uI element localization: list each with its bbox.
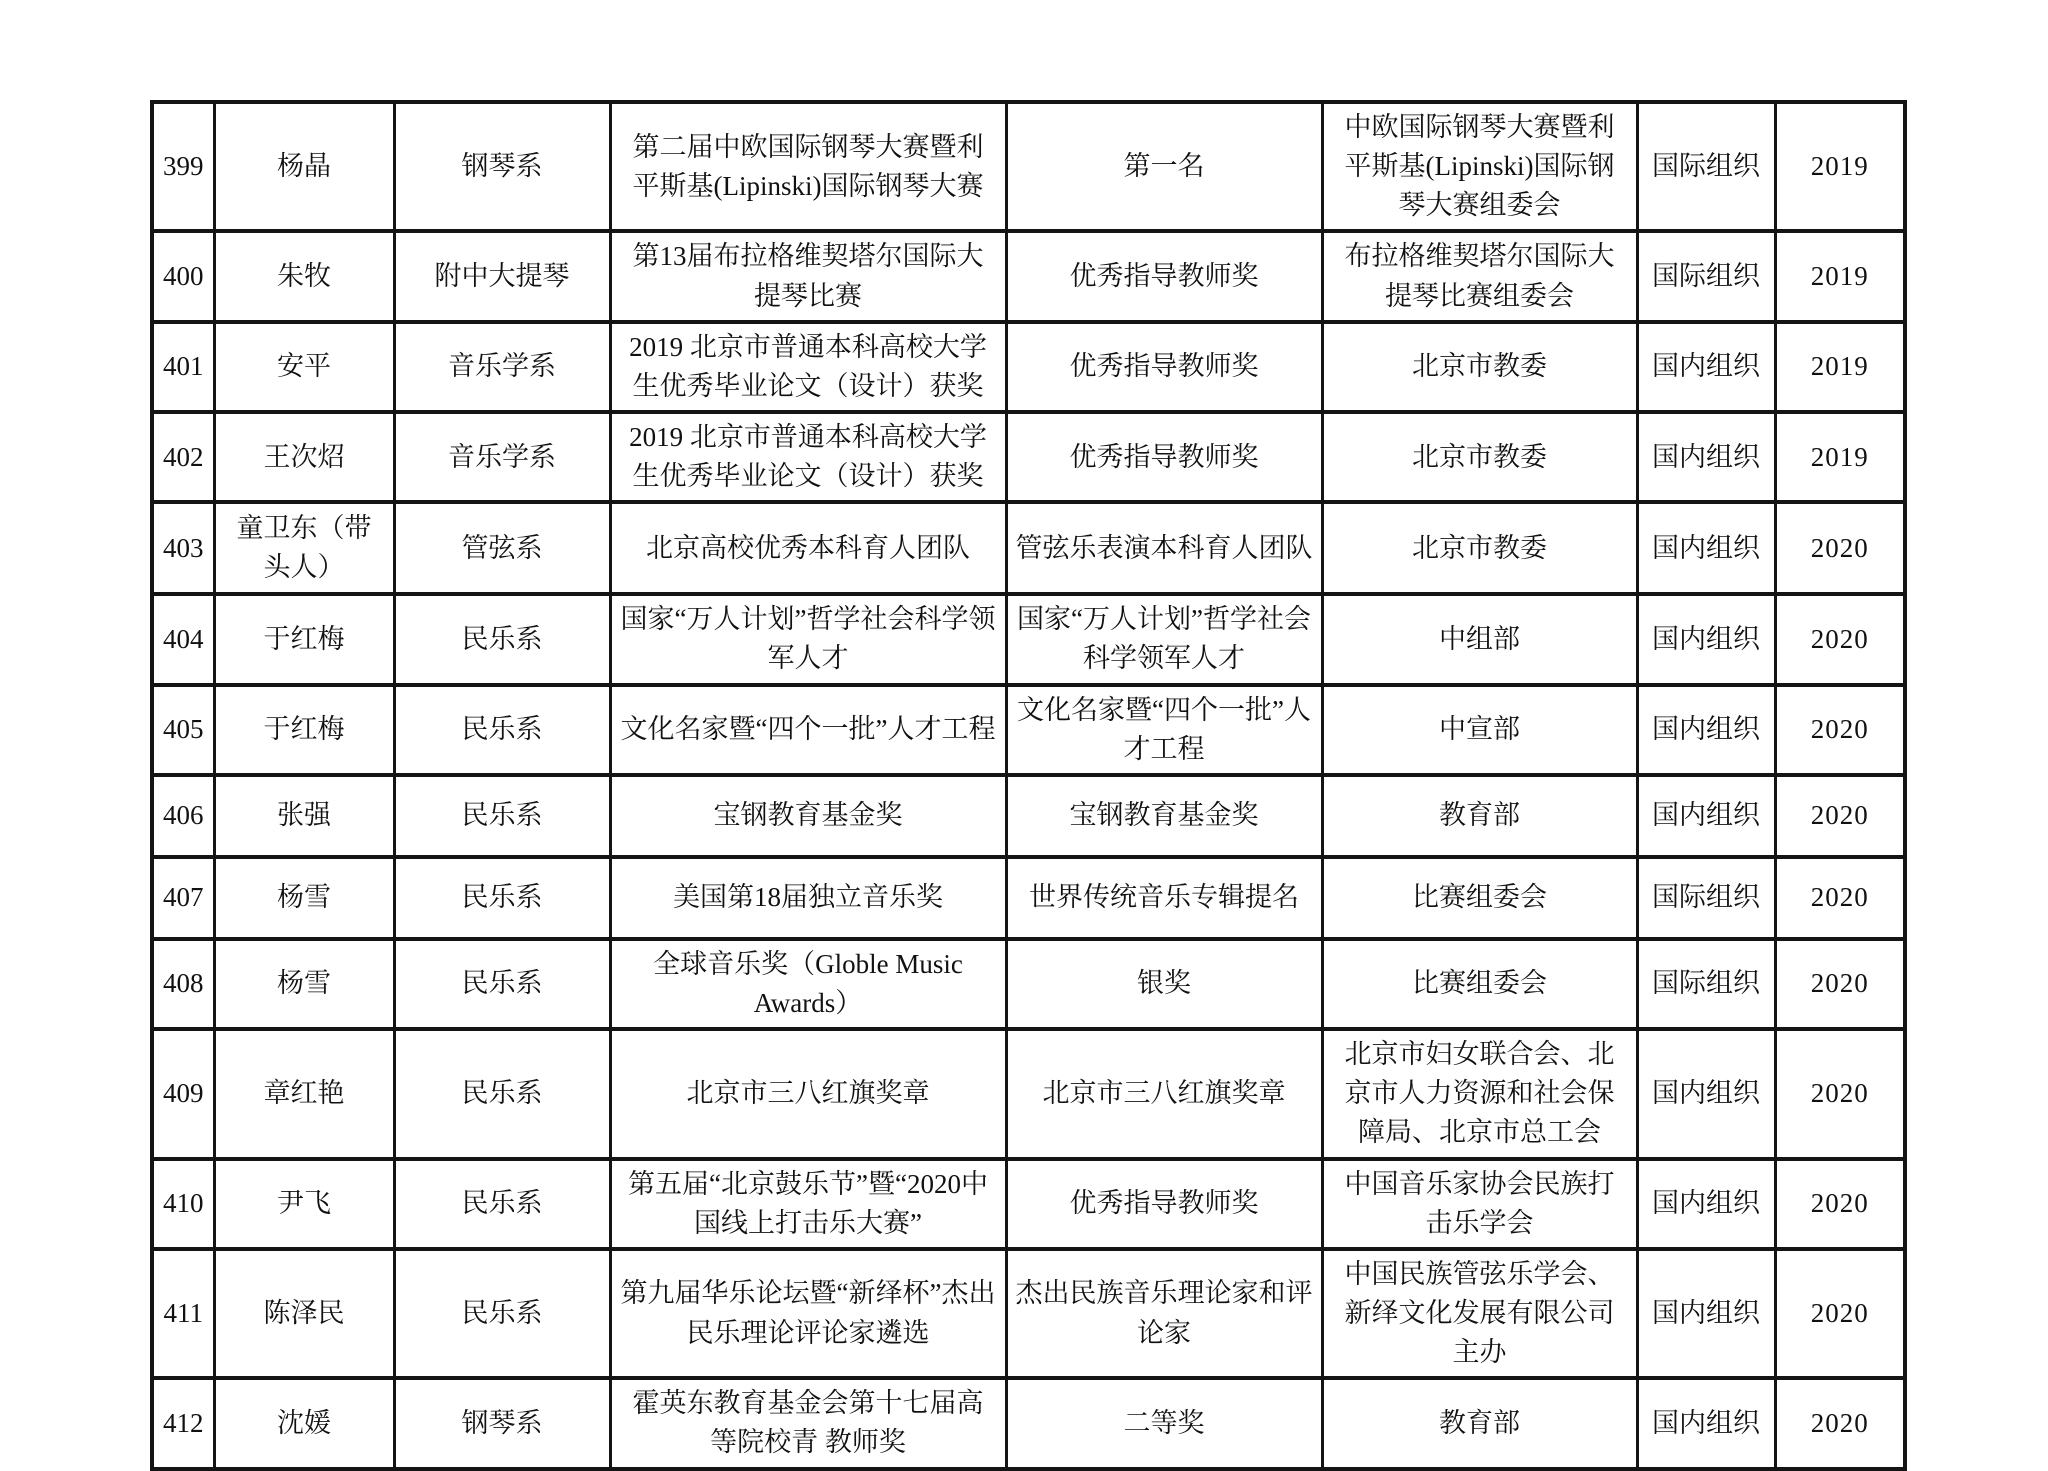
cell-year: 2020 [1775, 1159, 1905, 1249]
cell-department: 管弦系 [394, 502, 610, 594]
cell-awarding-organization: 教育部 [1322, 1378, 1637, 1468]
table-row: 404 于红梅 民乐系 国家“万人计划”哲学社会科学领军人才 国家“万人计划”哲… [152, 594, 1905, 684]
cell-number: 402 [152, 412, 214, 502]
cell-award: 优秀指导教师奖 [1006, 322, 1322, 412]
table-row: 410 尹飞 民乐系 第五届“北京鼓乐节”暨“2020中国线上打击乐大赛” 优秀… [152, 1159, 1905, 1249]
cell-name: 沈媛 [214, 1378, 394, 1468]
cell-award: 宝钢教育基金奖 [1006, 775, 1322, 857]
cell-number: 407 [152, 857, 214, 939]
cell-awarding-organization: 中国音乐家协会民族打击乐学会 [1322, 1159, 1637, 1249]
cell-year: 2019 [1775, 322, 1905, 412]
cell-name: 陈泽民 [214, 1249, 394, 1378]
cell-award: 优秀指导教师奖 [1006, 412, 1322, 502]
cell-number: 405 [152, 685, 214, 775]
cell-department: 附中大提琴 [394, 231, 610, 321]
cell-awarding-organization: 布拉格维契塔尔国际大提琴比赛组委会 [1322, 231, 1637, 321]
cell-project-name: 国家“万人计划”哲学社会科学领军人才 [610, 594, 1006, 684]
cell-year: 2020 [1775, 857, 1905, 939]
cell-year: 2020 [1775, 594, 1905, 684]
cell-award: 文化名家暨“四个一批”人才工程 [1006, 685, 1322, 775]
cell-award: 北京市三八红旗奖章 [1006, 1029, 1322, 1158]
cell-award: 优秀指导教师奖 [1006, 231, 1322, 321]
cell-award: 国家“万人计划”哲学社会科学领军人才 [1006, 594, 1322, 684]
cell-organization-type: 国内组织 [1637, 594, 1775, 684]
cell-number: 406 [152, 775, 214, 857]
cell-awarding-organization: 北京市妇女联合会、北京市人力资源和社会保障局、北京市总工会 [1322, 1029, 1637, 1158]
cell-organization-type: 国内组织 [1637, 502, 1775, 594]
cell-organization-type: 国内组织 [1637, 412, 1775, 502]
cell-awarding-organization: 比赛组委会 [1322, 857, 1637, 939]
cell-department: 民乐系 [394, 775, 610, 857]
cell-department: 音乐学系 [394, 322, 610, 412]
cell-number: 400 [152, 231, 214, 321]
cell-name: 童卫东（带头人） [214, 502, 394, 594]
document-page: 399 杨晶 钢琴系 第二届中欧国际钢琴大赛暨利平斯基(Lipinski)国际钢… [0, 0, 2048, 1449]
cell-year: 2019 [1775, 102, 1905, 231]
cell-awarding-organization: 北京市教委 [1322, 502, 1637, 594]
cell-project-name: 2019 北京市普通本科高校大学生优秀毕业论文（设计）获奖 [610, 412, 1006, 502]
cell-project-name: 2019 北京市普通本科高校大学生优秀毕业论文（设计）获奖 [610, 322, 1006, 412]
cell-number: 399 [152, 102, 214, 231]
cell-project-name: 霍英东教育基金会第十七届高等院校青 教师奖 [610, 1378, 1006, 1468]
cell-department: 音乐学系 [394, 412, 610, 502]
cell-number: 412 [152, 1378, 214, 1468]
cell-organization-type: 国内组织 [1637, 322, 1775, 412]
cell-number: 404 [152, 594, 214, 684]
cell-award: 二等奖 [1006, 1378, 1322, 1468]
table-row: 406 张强 民乐系 宝钢教育基金奖 宝钢教育基金奖 教育部 国内组织 2020 [152, 775, 1905, 857]
cell-name: 杨雪 [214, 939, 394, 1029]
cell-awarding-organization: 北京市教委 [1322, 412, 1637, 502]
cell-number: 401 [152, 322, 214, 412]
cell-department: 民乐系 [394, 1029, 610, 1158]
table-row: 409 章红艳 民乐系 北京市三八红旗奖章 北京市三八红旗奖章 北京市妇女联合会… [152, 1029, 1905, 1158]
table-row: 412 沈媛 钢琴系 霍英东教育基金会第十七届高等院校青 教师奖 二等奖 教育部… [152, 1378, 1905, 1468]
cell-department: 钢琴系 [394, 102, 610, 231]
cell-department: 民乐系 [394, 685, 610, 775]
awards-table-body: 399 杨晶 钢琴系 第二届中欧国际钢琴大赛暨利平斯基(Lipinski)国际钢… [152, 102, 1905, 1469]
cell-name: 朱牧 [214, 231, 394, 321]
cell-department: 民乐系 [394, 594, 610, 684]
cell-organization-type: 国际组织 [1637, 939, 1775, 1029]
cell-name: 王次炤 [214, 412, 394, 502]
cell-year: 2019 [1775, 231, 1905, 321]
cell-project-name: 第五届“北京鼓乐节”暨“2020中国线上打击乐大赛” [610, 1159, 1006, 1249]
cell-department: 民乐系 [394, 1159, 610, 1249]
awards-table: 399 杨晶 钢琴系 第二届中欧国际钢琴大赛暨利平斯基(Lipinski)国际钢… [150, 100, 1907, 1471]
cell-organization-type: 国际组织 [1637, 231, 1775, 321]
cell-project-name: 宝钢教育基金奖 [610, 775, 1006, 857]
cell-name: 安平 [214, 322, 394, 412]
cell-project-name: 北京市三八红旗奖章 [610, 1029, 1006, 1158]
cell-department: 钢琴系 [394, 1378, 610, 1468]
cell-award: 世界传统音乐专辑提名 [1006, 857, 1322, 939]
cell-organization-type: 国际组织 [1637, 102, 1775, 231]
cell-name: 章红艳 [214, 1029, 394, 1158]
cell-year: 2019 [1775, 412, 1905, 502]
cell-awarding-organization: 中欧国际钢琴大赛暨利平斯基(Lipinski)国际钢琴大赛组委会 [1322, 102, 1637, 231]
table-row: 399 杨晶 钢琴系 第二届中欧国际钢琴大赛暨利平斯基(Lipinski)国际钢… [152, 102, 1905, 231]
table-row: 411 陈泽民 民乐系 第九届华乐论坛暨“新绎杯”杰出民乐理论评论家遴选 杰出民… [152, 1249, 1905, 1378]
table-row: 405 于红梅 民乐系 文化名家暨“四个一批”人才工程 文化名家暨“四个一批”人… [152, 685, 1905, 775]
cell-organization-type: 国内组织 [1637, 775, 1775, 857]
cell-year: 2020 [1775, 685, 1905, 775]
cell-year: 2020 [1775, 502, 1905, 594]
cell-project-name: 北京高校优秀本科育人团队 [610, 502, 1006, 594]
cell-number: 411 [152, 1249, 214, 1378]
cell-organization-type: 国内组织 [1637, 1249, 1775, 1378]
cell-awarding-organization: 比赛组委会 [1322, 939, 1637, 1029]
cell-number: 409 [152, 1029, 214, 1158]
cell-organization-type: 国内组织 [1637, 1378, 1775, 1468]
cell-name: 于红梅 [214, 685, 394, 775]
cell-awarding-organization: 教育部 [1322, 775, 1637, 857]
cell-name: 杨雪 [214, 857, 394, 939]
cell-awarding-organization: 北京市教委 [1322, 322, 1637, 412]
cell-name: 杨晶 [214, 102, 394, 231]
cell-project-name: 第九届华乐论坛暨“新绎杯”杰出民乐理论评论家遴选 [610, 1249, 1006, 1378]
cell-project-name: 第13届布拉格维契塔尔国际大提琴比赛 [610, 231, 1006, 321]
cell-award: 优秀指导教师奖 [1006, 1159, 1322, 1249]
cell-year: 2020 [1775, 775, 1905, 857]
cell-name: 尹飞 [214, 1159, 394, 1249]
cell-award: 管弦乐表演本科育人团队 [1006, 502, 1322, 594]
cell-award: 银奖 [1006, 939, 1322, 1029]
table-row: 403 童卫东（带头人） 管弦系 北京高校优秀本科育人团队 管弦乐表演本科育人团… [152, 502, 1905, 594]
cell-award: 杰出民族音乐理论家和评论家 [1006, 1249, 1322, 1378]
cell-year: 2020 [1775, 1249, 1905, 1378]
cell-organization-type: 国内组织 [1637, 1029, 1775, 1158]
cell-department: 民乐系 [394, 857, 610, 939]
cell-number: 410 [152, 1159, 214, 1249]
cell-organization-type: 国内组织 [1637, 685, 1775, 775]
cell-organization-type: 国内组织 [1637, 1159, 1775, 1249]
cell-number: 403 [152, 502, 214, 594]
cell-year: 2020 [1775, 1378, 1905, 1468]
cell-awarding-organization: 中宣部 [1322, 685, 1637, 775]
cell-project-name: 文化名家暨“四个一批”人才工程 [610, 685, 1006, 775]
table-row: 402 王次炤 音乐学系 2019 北京市普通本科高校大学生优秀毕业论文（设计）… [152, 412, 1905, 502]
cell-year: 2020 [1775, 939, 1905, 1029]
cell-year: 2020 [1775, 1029, 1905, 1158]
table-row: 407 杨雪 民乐系 美国第18届独立音乐奖 世界传统音乐专辑提名 比赛组委会 … [152, 857, 1905, 939]
cell-project-name: 美国第18届独立音乐奖 [610, 857, 1006, 939]
cell-awarding-organization: 中组部 [1322, 594, 1637, 684]
cell-department: 民乐系 [394, 1249, 610, 1378]
cell-department: 民乐系 [394, 939, 610, 1029]
cell-awarding-organization: 中国民族管弦乐学会、新绎文化发展有限公司主办 [1322, 1249, 1637, 1378]
cell-name: 张强 [214, 775, 394, 857]
table-row: 400 朱牧 附中大提琴 第13届布拉格维契塔尔国际大提琴比赛 优秀指导教师奖 … [152, 231, 1905, 321]
cell-organization-type: 国际组织 [1637, 857, 1775, 939]
table-row: 408 杨雪 民乐系 全球音乐奖（Globle Music Awards） 银奖… [152, 939, 1905, 1029]
cell-name: 于红梅 [214, 594, 394, 684]
cell-project-name: 全球音乐奖（Globle Music Awards） [610, 939, 1006, 1029]
cell-award: 第一名 [1006, 102, 1322, 231]
cell-project-name: 第二届中欧国际钢琴大赛暨利平斯基(Lipinski)国际钢琴大赛 [610, 102, 1006, 231]
cell-number: 408 [152, 939, 214, 1029]
table-row: 401 安平 音乐学系 2019 北京市普通本科高校大学生优秀毕业论文（设计）获… [152, 322, 1905, 412]
